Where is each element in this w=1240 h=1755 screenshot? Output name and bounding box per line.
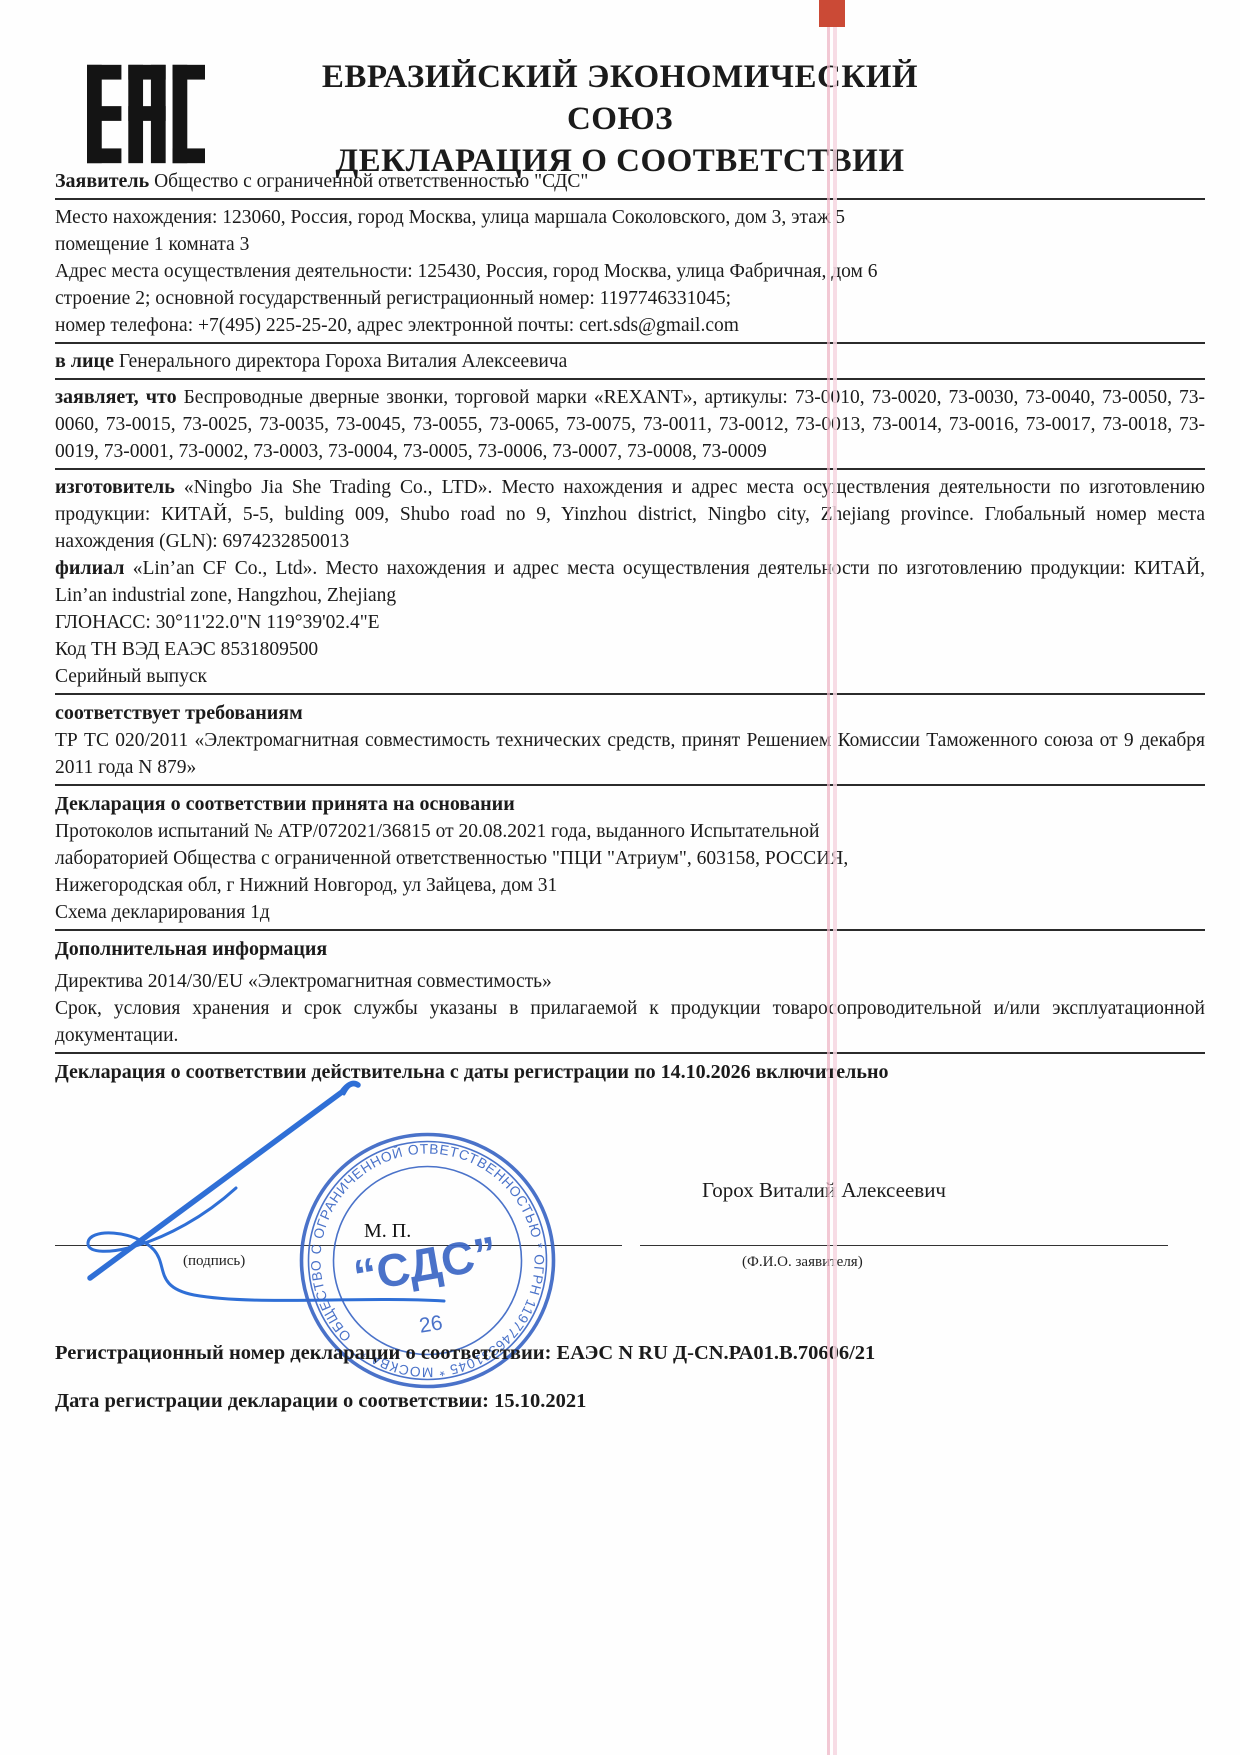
person-value: Генерального директора Гороха Виталия Ал… (119, 351, 567, 372)
divider (55, 468, 1205, 470)
basis-line: Протоколов испытаний № АТР/072021/36815 … (55, 818, 1205, 845)
applicant-label: Заявитель (55, 170, 149, 192)
manufacturer-paragraph: изготовитель «Ningbo Jia She Trading Co.… (55, 474, 1205, 555)
manufacturer-label: изготовитель (55, 476, 175, 498)
conforms-text: ТР ТС 020/2011 «Электромагнитная совмест… (55, 727, 1205, 781)
divider (55, 693, 1205, 695)
divider (55, 1052, 1205, 1054)
person-label: в лице (55, 350, 114, 372)
basis-line: лабораторией Общества с ограниченной отв… (55, 845, 1205, 872)
location-line: Адрес места осуществления деятельности: … (55, 258, 1205, 285)
document-title: ЕВРАЗИЙСКИЙ ЭКОНОМИЧЕСКИЙ СОЮЗ ДЕКЛАРАЦИ… (280, 56, 960, 182)
conforms-heading: соответствует требованиям (55, 699, 1205, 727)
divider (55, 929, 1205, 931)
glonass-line: ГЛОНАСС: 30°11'22.0"N 119°39'02.4"E (55, 609, 1205, 636)
document-page: ЕВРАЗИЙСКИЙ ЭКОНОМИЧЕСКИЙ СОЮЗ ДЕКЛАРАЦИ… (0, 0, 1240, 1086)
location-line: строение 2; основной государственный рег… (55, 285, 1205, 312)
scheme-line: Схема декларирования 1д (55, 899, 1205, 926)
declares-paragraph: заявляет, что Беспроводные дверные звонк… (55, 384, 1205, 465)
person-line: в лице Генерального директора Гороха Вит… (55, 348, 1205, 375)
additional-heading: Дополнительная информация (55, 935, 1205, 963)
divider (55, 378, 1205, 380)
additional-line-1: Директива 2014/30/EU «Электромагнитная с… (55, 968, 1205, 995)
branch-value: «Lin’an CF Co., Ltd». Место нахождения и… (55, 558, 1205, 606)
title-line-2: ДЕКЛАРАЦИЯ О СООТВЕТСТВИИ (280, 140, 960, 182)
registration-number-line: Регистрационный номер декларации о соотв… (55, 1342, 875, 1365)
declares-value: Беспроводные дверные звонки, торговой ма… (55, 387, 1205, 462)
basis-line: Нижегородская обл, г Нижний Новгород, ул… (55, 872, 1205, 899)
divider (55, 342, 1205, 344)
name-line (640, 1245, 1168, 1246)
registration-date-line: Дата регистрации декларации о соответств… (55, 1390, 586, 1413)
serial-line: Серийный выпуск (55, 663, 1205, 690)
location-line: Место нахождения: 123060, Россия, город … (55, 204, 1205, 231)
location-line: помещение 1 комната 3 (55, 231, 1205, 258)
additional-line-2: Срок, условия хранения и срок службы ука… (55, 995, 1205, 1049)
divider (55, 784, 1205, 786)
location-line: номер телефона: +7(495) 225-25-20, адрес… (55, 312, 1205, 339)
divider (55, 198, 1205, 200)
manufacturer-value: «Ningbo Jia She Trading Co., LTD». Место… (55, 477, 1205, 552)
basis-heading: Декларация о соответствии принята на осн… (55, 790, 1205, 818)
declares-label: заявляет, что (55, 386, 177, 408)
page: { "colors": { "stamp_blue": "#3b67c5", "… (0, 0, 1240, 1755)
branch-label: филиал (55, 557, 125, 579)
applicant-name: Горох Виталий Алексеевич (702, 1178, 946, 1203)
tnved-line: Код ТН ВЭД ЕАЭС 8531809500 (55, 636, 1205, 663)
document-header: ЕВРАЗИЙСКИЙ ЭКОНОМИЧЕСКИЙ СОЮЗ ДЕКЛАРАЦИ… (55, 50, 1205, 168)
stamp-number: 26 (418, 1311, 445, 1337)
eac-logo-icon (87, 64, 205, 169)
stamp-center-text: “СДС” (350, 1226, 501, 1302)
title-line-1: ЕВРАЗИЙСКИЙ ЭКОНОМИЧЕСКИЙ СОЮЗ (280, 56, 960, 140)
branch-paragraph: филиал «Lin’an CF Co., Ltd». Место нахож… (55, 555, 1205, 609)
name-caption: (Ф.И.О. заявителя) (742, 1254, 863, 1271)
